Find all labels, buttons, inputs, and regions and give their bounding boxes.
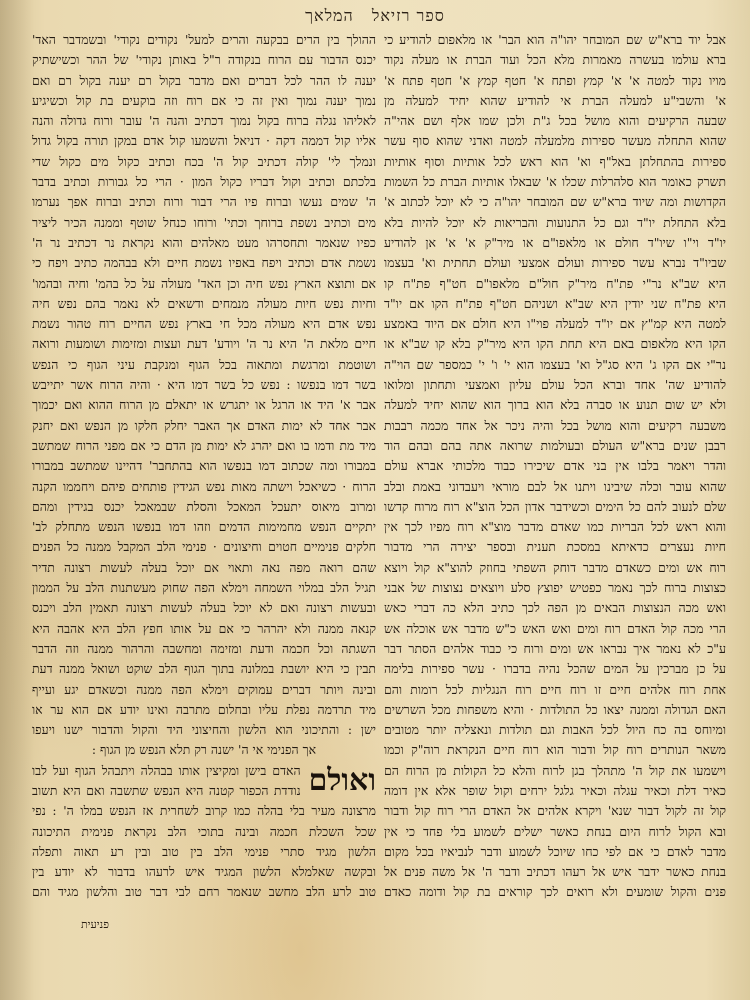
text-line: פנים והקול שומעים ולא רואים לכך קוראים ב… [384,882,726,902]
text-line: ואש מכה הנצוצות הבאים מן הפה לכך כתיב הל… [384,598,726,618]
text-line: בנחת כאשר ידבר איש אל רעהו דכתיב ודבר ה'… [384,862,726,882]
text-line: היא פת"ח שני יודין היא שב"א ושניהם חט"ף … [384,294,726,314]
manuscript-page: ספר רזיאל המלאך אבל יוד ברא"ש שם המובחר … [0,0,750,1000]
text-line: נר"י אם הקו ג' היא סג"ל וא' בעצמו הוא י'… [384,355,726,375]
page-edge-shadow [0,0,34,1000]
text-line: כצוצות ברוח לכך נאמר כפטיש יפוצץ סלע ויו… [384,578,726,598]
text-line: למטה היא קמ"ץ אם יו"ד למעלה פוי"ו היא חו… [384,314,726,334]
text-line: שכל השכלת חכמה ובינה בתוכי הלב נקראת פני… [32,822,376,842]
text-line: ובא הקול לרוח היום בנחת כאשר ישלים לשמוע… [384,822,726,842]
text-line: להודיע שה' אחד וברא הכל עולם עליון ואמצע… [384,375,726,395]
text-line: שהוא התחלה מעשר ספירות מלמעלה למטה ואדני… [384,131,726,151]
text-line: אליו קול דממה דקה · דניאל והשמעו קול אדם… [32,131,376,151]
section-opening: ואולםהאדם בישן ומקיצין אותו בבהלה ויתבהל… [32,761,376,802]
text-line: וחיות נפש חיות מעולה מנמחים ודשאים לא נא… [32,294,376,314]
text-line: כאיר דלת וכאיר עגלה וכאיר גלגל ירחים וקו… [384,781,726,801]
text-line: מויו נקוד למטה א' א' קמץ ופתח א' חטף קמץ… [384,71,726,91]
text-line: חיים מלאת ה' היא נר ה' ויודע' דעת ועצות … [32,334,376,354]
text-line: שביו"ד נברא עשר ספירות ועולם אמצעי ועולם… [384,253,726,273]
text-line: אבל יוד ברא"ש שם המובחר יהו"ה הוא הבר' א… [384,30,726,50]
text-line: מיד מת ודמו בו ואם יהרג לא ימות מן הדם כ… [32,436,376,456]
text-line: שלם לנעוב להם כל הימים וכשידבר אדון הכל … [384,497,726,517]
text-line: שבעה הרקיעים והוא מושל בכל ג"ת ולכן שמו … [384,111,726,131]
text-line: משאר הנותרים רוח קול ודבור הוא רוח חיים … [384,740,726,760]
text-line: ולא יש שום תנוע או סברה בלא הוא ברוך הוא… [384,395,726,415]
text-line: הקו היא מלאפום באם היא תחת הקו היא מיר"ק… [384,334,726,354]
text-line: האם הגדולה וממנה יצאו כל התולדות · והיא … [384,700,726,720]
text-line: א' והשבי"ע למעלה הברת אי להודיע שהוא יחי… [384,91,726,111]
right-text-column: אבל יוד ברא"ש שם המובחר יהו"ה הוא הבר' א… [384,30,726,903]
text-line: נפש אדם היא מעולה מכל חי בארץ נפש החיים … [32,314,376,334]
catchword: פניעית [60,918,130,931]
text-line: על כן מברכין על המים שהכל נהיה בדברו · ע… [384,659,726,679]
text-line: במבורו ומה שכתוב דמו בנפשו הוא בהתחבר' ד… [32,456,376,476]
text-line: יענה לו ההר לכל דברים ואם מדבר בקול רם י… [32,71,376,91]
text-line: אחת רוח אלהים חיים זו רוח חיים רוח הנגלי… [384,680,726,700]
text-line: תבין כי היא יושבת במלונה בתוך הגוף הלב ש… [32,659,376,679]
text-line: היא שב"א נר"י פת"ח מיר"ק חול"ם מלאפו"ם ח… [384,274,726,294]
text-line: והדר ויאמר בלבו אין בני אדם שיכירו כבוד … [384,456,726,476]
text-line: אם ותוצא הארץ נפש חיה וכן האד' מעולה על … [32,274,376,294]
text-line: האדם בישן ומקיצין אותו בבהלה ויתבהל הגוף… [32,761,301,781]
text-line: בשר דמו בנפשו : נפש כל בשר דמו היא · והי… [32,375,376,395]
text-line: משבעה רקיעים והוא מושל בכל והיה ניכר אל … [384,416,726,436]
text-line: תגיל הלב במלוי השמחה וימלא הפה שחוק מעשת… [32,578,376,598]
text-line: ומיוחס בה כח היול לכל האבות וגם תולדות ו… [384,720,726,740]
text-line: ונמלך לי' קולה דכתיב קול ה' בכח וכתיב כק… [32,152,376,172]
text-line: תשרק כאומר הוא סלהרלות שכלו א' שבאלו אות… [384,172,726,192]
text-line: נמוך יענה נמוך ואין זה כי אם רוח וזה בוק… [32,91,376,111]
text-line: הקדושות ומה שיוד ברא"ש שם המובחר יהו"ה כ… [384,192,726,212]
text-line: רבבן שנים ברא"ש העולם ובעולמות שרואה אתה… [384,436,726,456]
text-line: לאליהו נגלה ברוח בקול נמוך דכתיב והנה ה'… [32,111,376,131]
text-line: נודדת הכפור קטנה היא הנפש שתשבה ואם היא … [32,781,301,801]
text-line: ספירות בהתחלתן באל"ף וא' הוא ראש לכל אות… [384,152,726,172]
text-line: נשמת אדם וכתיב ויפח באפיו נשמת חיים ולא … [32,253,376,273]
text-line: וישמעו את קול ה' מתהלך בגן לרוח והלא כל … [384,761,726,781]
text-line: אבר אחד לא ימות האדם אך האבר יחלק חלקו מ… [32,416,376,436]
text-line: ושוטמת ומרגשת ומתאוה בכל הגוף ומנקבת עינ… [32,355,376,375]
text-line: ע"כ לא נאמר איך נבראו אש ומים ורוח כי כב… [384,639,726,659]
text-line: ומרוב מיאוס יתעכל המאכל והסלת שבמאכל יכנ… [32,497,376,517]
text-line: יכנס הדבור עם הרוח בנקודה ר"ל באותן נקוד… [32,50,376,70]
text-line: חלקים פנימיים חטוים וחיצונים · פנימי הלב… [32,537,376,557]
text-line: שהוא עובר וכלה שיבינו ויתנו אל לבם מוראי… [384,477,726,497]
text-line: מרצונה מעיר בלי בהלה כמו קרוב לשחרית אז … [32,801,376,821]
text-line: ישן : והתיכוני הוא הלשון והחיצוני היד וה… [32,720,376,740]
text-line: כפיו שנאמר ותחסרהו מעט מאלהים והוא נקראת… [32,233,376,253]
text-line: ה' שמים נעשו וברוח פיו הרי דבור ורוח וכת… [32,192,376,212]
text-line: ובעשות רצונה ואם לא יוכל בעלה לעשות רצונ… [32,598,376,618]
book-title: ספר רזיאל [372,6,445,25]
page-header: ספר רזיאל המלאך [0,6,750,26]
text-line: בלא התחלת יו"ד וגם כל התנועות והבריאות ל… [384,213,726,233]
text-line: הרוח · כשיאכל וישתה מאות נפש הגידין פותח… [32,477,376,497]
text-line: אבר א' היד או הרגל או יתגרש או יתאלם מן … [32,395,376,415]
text-line: קול זה לקול דבור שנא' ויקרא אלהים אל האד… [384,801,726,821]
text-line: הלשון מגיד סתרי פנימי הלב בין טוב ובין ר… [32,842,376,862]
text-line: חיות נעצרים כדאיתא במסכת תענית ובספר יצי… [384,537,726,557]
text-line: טוב לרע הלב מחשב שנאמר רחם לבי דבר טוב ו… [32,882,376,902]
book-title-2: המלאך [305,6,354,25]
text-line: ובינה ויותר דברים עמוקים וימלא הפה ממנה … [32,680,376,700]
text-line: רוח אש ומים כשאדם מדבר דוחק השפתי בחוזק … [384,558,726,578]
text-line: יתקיים הנפש מחמימות הדמים וזהו דמו בנפשו… [32,517,376,537]
section-opening-lines: האדם בישן ומקיצין אותו בבהלה ויתבהל הגוף… [32,761,301,802]
text-line: מיד תרדמה נפלת עליו ובחלום מתרבה ואינו י… [32,700,376,720]
section-initial-word: ואולם [309,761,376,801]
text-line: הרי מכה קול האדם רוח ומים ואש האש כ"ש מד… [384,619,726,639]
text-line: קנאה ממנה ולא יהרהר כי אם על אותו חפץ הל… [32,619,376,639]
text-line: ההולך בין הרים בבקעה והרים למעל' נקודים … [32,30,376,50]
text-line: בלכתם וכתיב וקול דבריו כקול המון · הרי כ… [32,172,376,192]
text-line: יו"ד וי"ו שיו"ד חולם או מלאפו"ם או מיר"ק… [384,233,726,253]
text-line: השגתה וכל חכמה ודעת ומזימה ומחשבה והרהור… [32,639,376,659]
text-line: מדבר לאדם כי אם לפי כחו שיוכל לשמוע ודבר… [384,842,726,862]
text-line: ברא עולמו בעשרה מאמרות מלא הכל ועוד הברת… [384,50,726,70]
centered-text-line: אך הפנימי אי ה' ישנה רק תלא הנפש מן הגוף… [32,740,376,760]
text-line: והוא ראש לכל הבריות כמו שאדם מדבר מוצ"א … [384,517,726,537]
text-line: ובקשה שאלמלא הלשון המגיד איש לרעהו בדבור… [32,862,376,882]
text-line: שהם רואה מפה נאה ותאוי אם יוכל בעלה לעשו… [32,558,376,578]
left-text-column: ההולך בין הרים בבקעה והרים למעל' נקודים … [32,30,376,903]
text-line: מים וכתיב נשפת ברוחך וכתי' ורוחו כנחל שו… [32,213,376,233]
